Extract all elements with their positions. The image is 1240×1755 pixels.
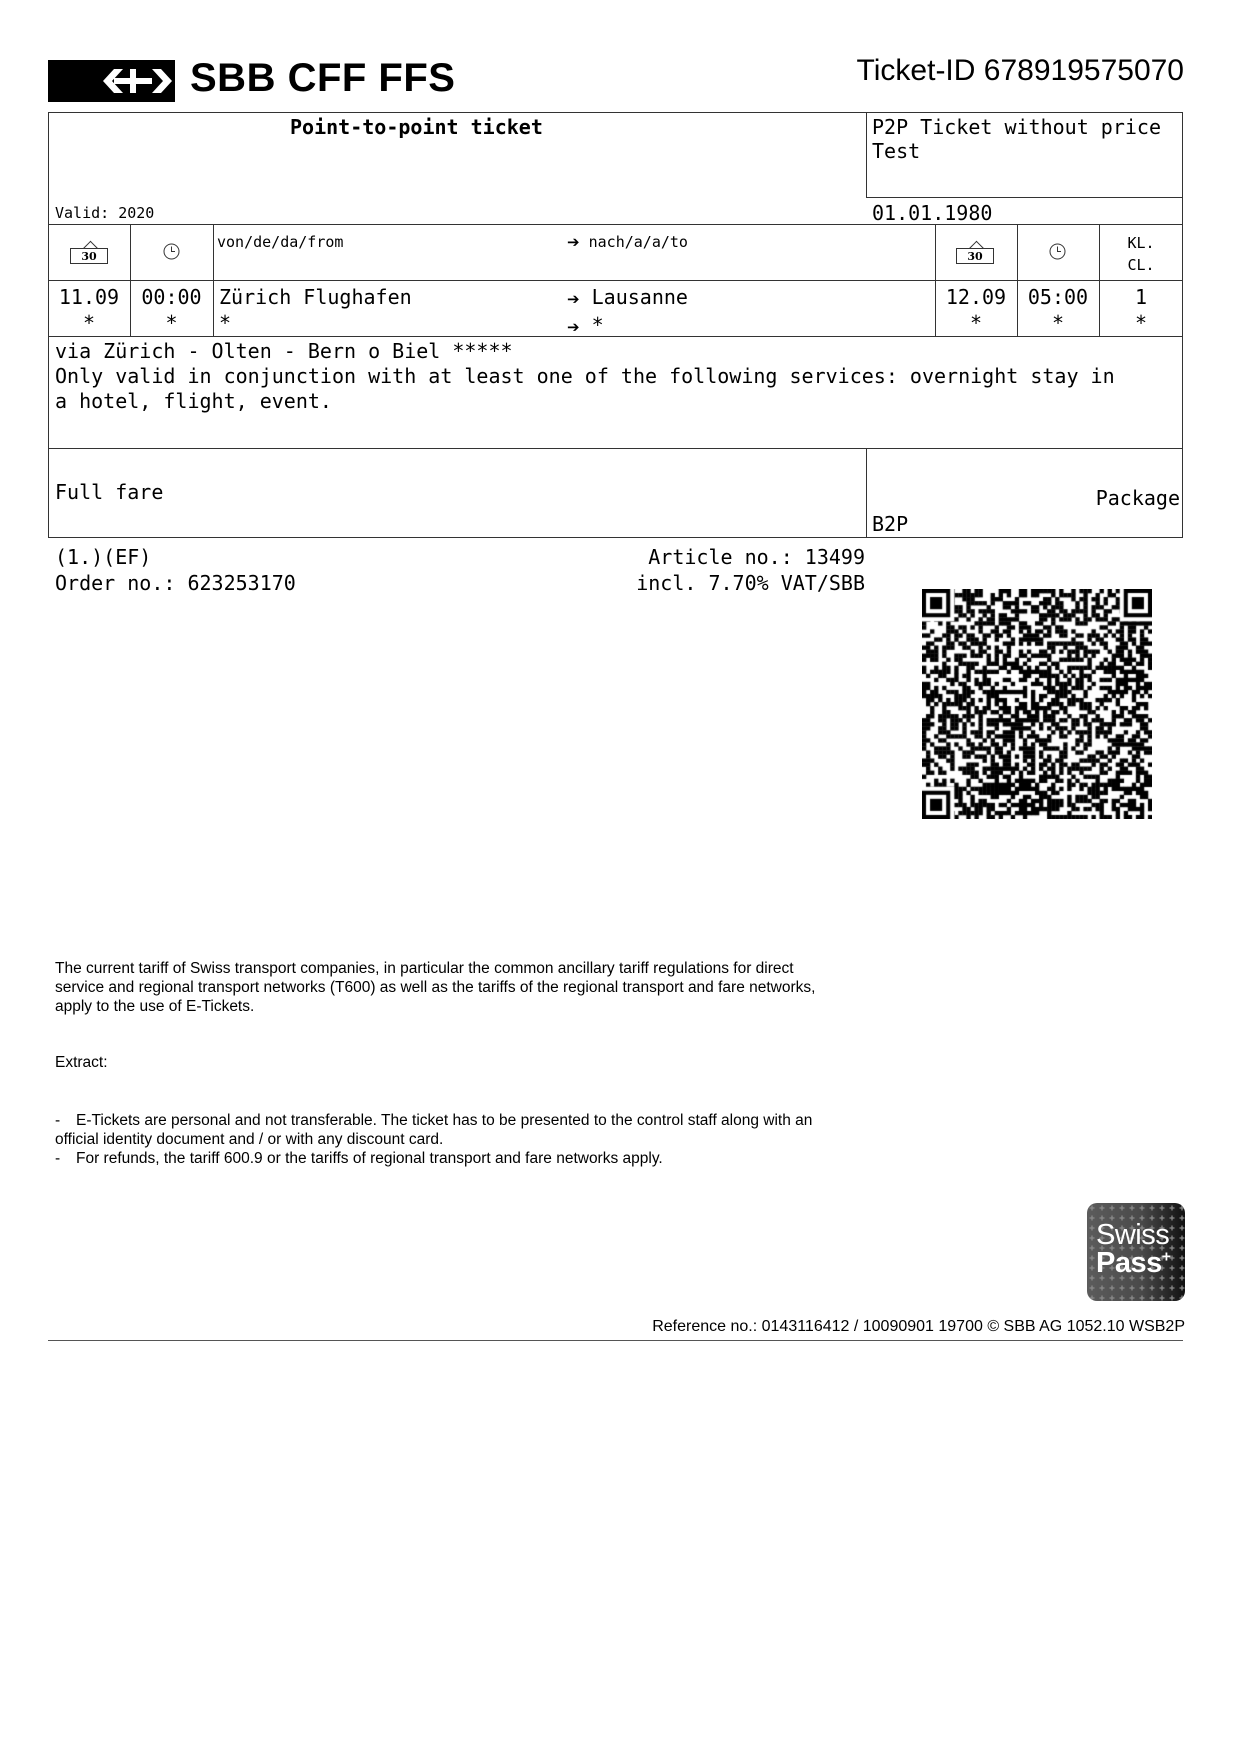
divider <box>48 280 1183 281</box>
article-number: Article no.: 13499 <box>636 544 865 570</box>
calendar-30-icon: 30 <box>956 238 996 266</box>
list-item: -E-Tickets are personal and not transfer… <box>55 1111 812 1130</box>
route-conditions: via Zürich - Olten - Bern o Biel ***** O… <box>55 339 1115 414</box>
ticket-id: Ticket-ID 678919575070 <box>857 54 1184 88</box>
departure-date: 11.09 * <box>48 284 130 336</box>
divider <box>866 448 867 538</box>
brand-name: SBB CFF FFS <box>190 56 455 101</box>
from-label: von/de/da/from <box>217 233 343 251</box>
origin-station: Zürich Flughafen * <box>219 284 412 336</box>
swisspass-logo: Swiss Pass+ <box>1087 1203 1185 1301</box>
arrow-right-icon: ➔ <box>567 318 580 336</box>
arrival-date: 12.09 * <box>935 284 1017 336</box>
order-number: Order no.: 623253170 <box>55 570 296 596</box>
clock-icon <box>1049 243 1066 265</box>
list-item: -For refunds, the tariff 600.9 or the ta… <box>55 1149 812 1168</box>
arrow-right-icon: ➔ <box>567 233 580 251</box>
class-label: KL. CL. <box>1099 232 1183 276</box>
extract-label: Extract: <box>55 1053 108 1072</box>
birth-date: 01.01.1980 <box>872 201 992 225</box>
to-label: ➔ nach/a/a/to <box>567 233 688 251</box>
reference-number: Reference no.: 0143116412 / 10090901 197… <box>652 1318 1185 1336</box>
vat-info: incl. 7.70% VAT/SBB <box>636 570 865 596</box>
qr-code <box>922 589 1152 819</box>
divider <box>213 224 214 336</box>
valid-label: Valid: 2020 <box>55 204 154 222</box>
package-label: Package <box>1096 486 1180 510</box>
sbb-arrows-cross-icon <box>48 60 175 102</box>
tariff-notice: The current tariff of Swiss transport co… <box>55 959 815 1016</box>
footer-divider <box>48 1340 1183 1341</box>
product-subtitle: Test <box>872 139 920 163</box>
terms-list: -E-Tickets are personal and not transfer… <box>55 1111 812 1168</box>
destination-station: ➔ Lausanne ➔ * <box>567 284 688 340</box>
arrow-right-icon: ➔ <box>567 290 580 308</box>
departure-time: 00:00 * <box>130 284 213 336</box>
validity-condition: Only valid in conjunction with at least … <box>55 364 1115 389</box>
order-details: (1.)(EF) Order no.: 623253170 <box>55 544 296 596</box>
calendar-30-icon: 30 <box>70 238 110 266</box>
class-code: (1.)(EF) <box>55 544 296 570</box>
product-name: P2P Ticket without price <box>872 115 1161 139</box>
arrival-time: 05:00 * <box>1017 284 1099 336</box>
divider <box>48 448 1183 449</box>
via-route: via Zürich - Olten - Bern o Biel ***** <box>55 339 1115 364</box>
sbb-logo <box>48 60 175 102</box>
clock-icon <box>163 243 180 265</box>
travel-class: 1 * <box>1099 284 1183 336</box>
ticket-title: Point-to-point ticket <box>290 115 543 139</box>
channel-label: B2P <box>872 512 908 536</box>
fare-type: Full fare <box>55 480 163 504</box>
article-details: Article no.: 13499 incl. 7.70% VAT/SBB <box>636 544 865 596</box>
divider <box>48 224 1183 225</box>
